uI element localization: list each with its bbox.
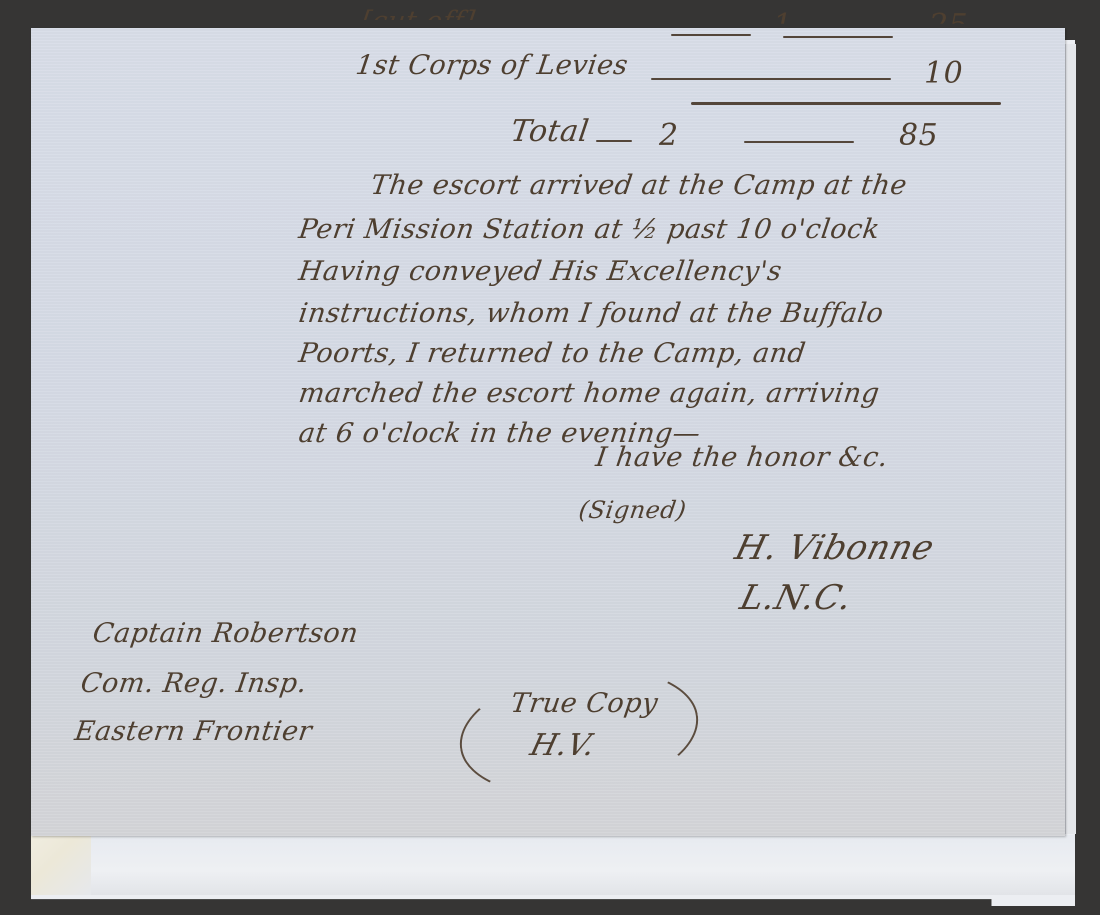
attestation-text: True Copy — [509, 688, 660, 719]
body-line: instructions, whom I found at the Buffal… — [297, 298, 886, 329]
attestation-initials: H.V. — [527, 728, 599, 763]
letter-sheet: [cut off] 1 25 1st Corps of Levies 10 To… — [31, 28, 1065, 836]
total-col1: 2 — [659, 118, 679, 153]
underlying-sheet-strip — [31, 835, 1075, 895]
body-line: The escort arrived at the Camp at the — [369, 170, 909, 201]
tally-leader-line — [596, 140, 632, 142]
signature-name: H. Vibonne — [731, 528, 938, 568]
paper-stain — [31, 835, 91, 895]
total-label: Total — [509, 114, 592, 149]
body-line: Peri Mission Station at ½ past 10 o'cloc… — [297, 214, 882, 245]
tally-row-col2: 10 — [924, 56, 963, 91]
closing-line: I have the honor &c. — [594, 442, 890, 473]
signature-title: L.N.C. — [736, 578, 856, 618]
addressee-line: Eastern Frontier — [73, 716, 314, 747]
body-line: marched the escort home again, arriving — [297, 378, 882, 409]
tally-leader-line — [651, 78, 891, 80]
total-rule — [691, 102, 1001, 105]
scan-stage: [cut off] 1 25 1st Corps of Levies 10 To… — [0, 0, 1100, 915]
addressee-line: Captain Robertson — [91, 618, 361, 649]
signed-label: (Signed) — [577, 496, 688, 524]
tally-row-col2: 25 — [929, 8, 968, 43]
sheet-right-edge — [1065, 44, 1076, 834]
body-line: Having conveyed His Excellency's — [297, 256, 784, 287]
body-line: Poorts, I returned to the Camp, and — [297, 338, 808, 369]
total-col2: 85 — [899, 118, 938, 153]
tally-leader-line — [744, 141, 854, 143]
addressee-line: Com. Reg. Insp. — [79, 668, 309, 699]
tally-leader-line — [783, 36, 893, 38]
tally-leader-line — [671, 34, 751, 36]
tally-row-label: [cut off] — [359, 6, 477, 37]
tally-row-label: 1st Corps of Levies — [354, 50, 630, 81]
